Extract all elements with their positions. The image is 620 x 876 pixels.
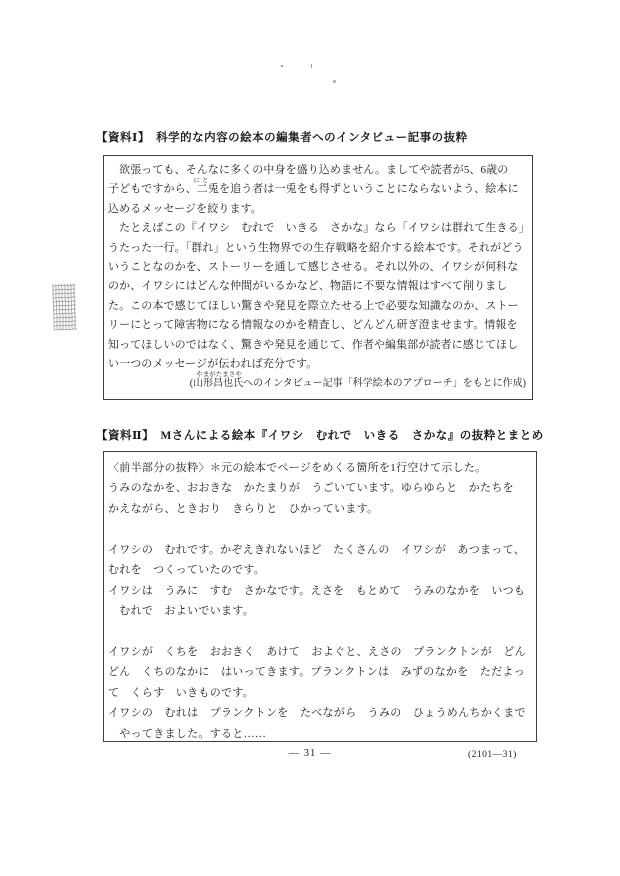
text-line-blank: [108, 519, 532, 539]
text-line: 子どもですから、二兎を追う者は一兎をも得ずということにならないよう、絵本に: [108, 180, 528, 199]
text-line: 〈前半部分の抜粋〉＊元の絵本でページをめくる箇所を1行空けて示した。: [108, 458, 532, 478]
text-line: 知ってほしいのではなく、驚きや発見を通じて、作者や編集部が読者に感じてほし: [108, 336, 528, 355]
text-line: て くらす いきものです。: [108, 683, 532, 703]
text-line: 欲張っても、そんなに多くの中身を盛り込めません。ましてや読者が5、6歳の: [108, 161, 528, 180]
text-line: イワシの むれです。かぞえきれないほど たくさんの イワシが あつまって、: [108, 540, 532, 560]
furigana-nito: にと: [189, 178, 215, 185]
picture-book-excerpt-box: 〈前半部分の抜粋〉＊元の絵本でページをめくる箇所を1行空けて示した。 うみのなか…: [103, 451, 537, 742]
text-line: かえながら、ときおり きらりと ひかっています。: [108, 499, 532, 519]
text-line: た。この本で感じてほしい驚きや発見を際立たせる上で必要な知識なのか、ストー: [108, 297, 528, 316]
scan-speck: [281, 65, 283, 67]
text-line-blank: [108, 622, 532, 642]
page-number: — 31 —: [0, 748, 620, 759]
text-line: イワシが くちを おおきく あけて およぐと、えさの プランクトンが どん: [108, 642, 532, 662]
interview-excerpt-box: 欲張っても、そんなに多くの中身を盛り込めません。ましてや読者が5、6歳の 子ども…: [103, 155, 533, 400]
text-line: どん くちのなかに はいってきます。プランクトンは みずのなかを ただよっ: [108, 662, 532, 682]
text-line: むれを つくっていたのです。: [108, 560, 532, 580]
scan-speck: [311, 64, 312, 68]
text-line: 込めるメッセージを絞ります。: [108, 200, 528, 219]
attribution-line: (山形昌也氏へのインタビュー記事「科学絵本のアプローチ」をもとに作成): [108, 374, 528, 393]
text-line: たとえばこの『イワシ むれで いきる さかな』なら「イワシは群れて生きる」とい: [108, 219, 528, 238]
scan-stamp-artifact: [52, 284, 77, 331]
text-line: うたった一行。「群れ」という生物界での生存戦略を紹介する絵本です。それがどう: [108, 239, 528, 258]
document-page: 【資料Ⅰ】 科学的な内容の絵本の編集者へのインタビュー記事の抜粋 欲張っても、そ…: [0, 0, 620, 876]
text-line: いうことなのかを、ストーリーを通して感じさせる。それ以外の、イワシが何科な: [108, 258, 528, 277]
text-line: うみのなかを、おおきな かたまりが うごいています。ゆらゆらと かたちを: [108, 478, 532, 498]
text-line: のか、イワシにはどんな仲間がいるかなど、物語に不要な情報はすべて削りまし: [108, 277, 528, 296]
document-code: (2101—31): [468, 750, 517, 760]
text-line: イワシは うみに すむ さかなです。えさを もとめて うみのなかを いつも: [108, 581, 532, 601]
section2-heading: 【資料Ⅱ】 Mさんによる絵本『イワシ むれで いきる さかな』の抜粋とまとめ: [96, 427, 544, 443]
text-line: リーにとって障害物になる情報なのかを精査し、どんどん研ぎ澄ませます。情報を: [108, 316, 528, 335]
section1-heading: 【資料Ⅰ】 科学的な内容の絵本の編集者へのインタビュー記事の抜粋: [96, 129, 468, 145]
text-line: むれで およいでいます。: [108, 601, 532, 621]
scan-speck: [333, 80, 336, 83]
text-line: い一つのメッセージが伝われば充分です。: [108, 355, 528, 374]
furigana-yamagata: やまがたまさや: [195, 372, 243, 379]
text-line: やってきました。すると……: [108, 724, 532, 744]
text-line: イワシの むれは プランクトンを たべながら うみの ひょうめんちかくまで: [108, 703, 532, 723]
